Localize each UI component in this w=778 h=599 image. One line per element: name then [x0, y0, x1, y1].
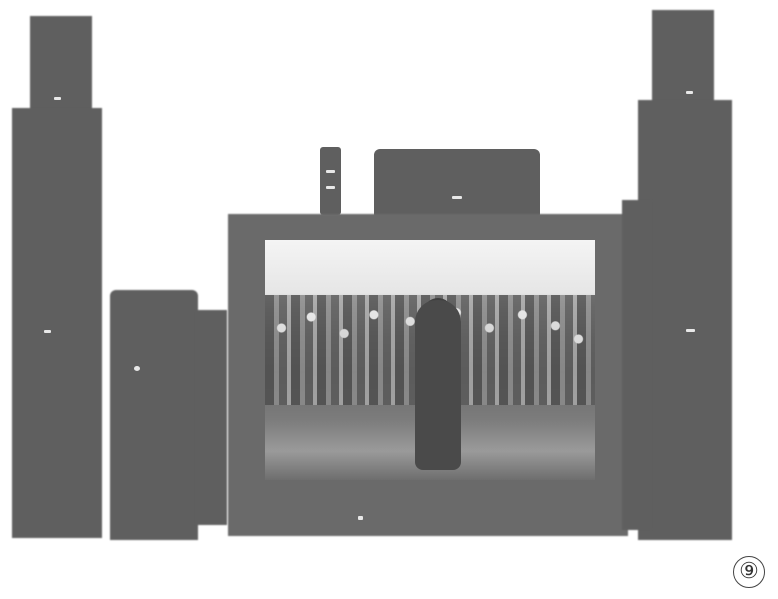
conductor: [415, 300, 461, 470]
tv-screen-orchestra: [265, 240, 595, 480]
home-theater-photo: [0, 0, 778, 599]
figure-number-label: ⑨: [733, 556, 765, 588]
left-side-panel: [195, 310, 227, 525]
